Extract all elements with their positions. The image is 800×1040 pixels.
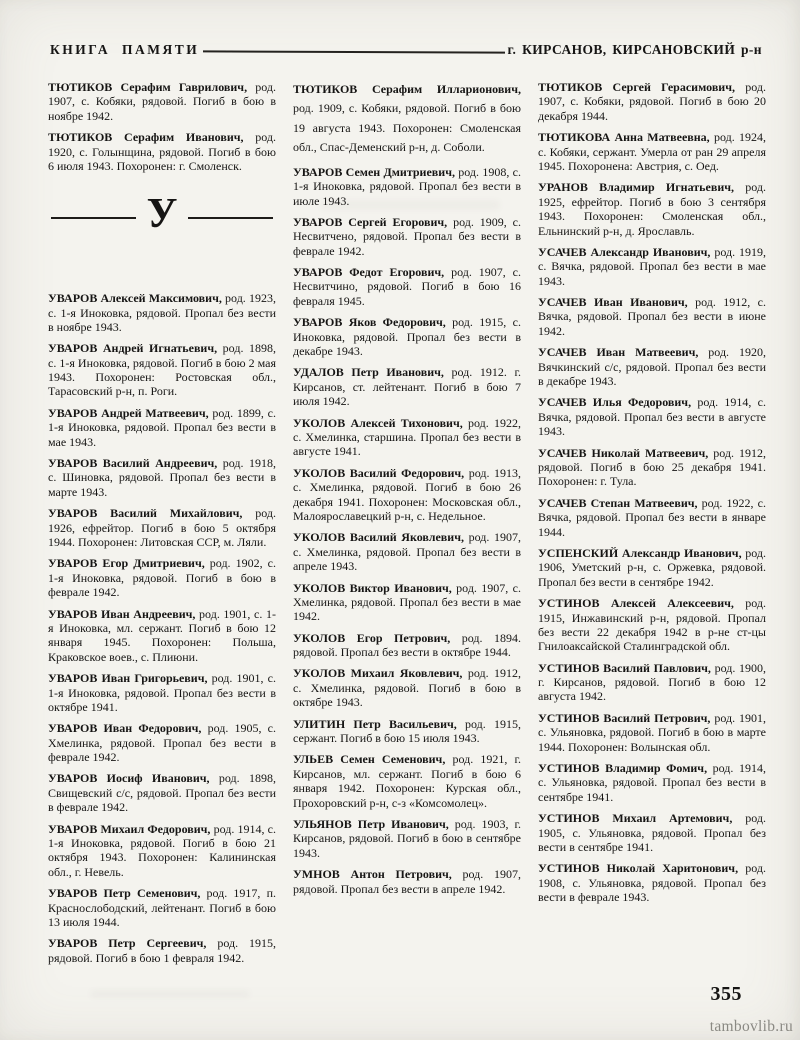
memorial-entry: УВАРОВ Василий Михайлович, род. 1926, еф… [48,506,276,549]
memorial-entry: УКОЛОВ Алексей Тихонович, род. 1922, с. … [293,416,521,459]
entry-name: УСТИНОВ Василий Петрович, [538,711,710,725]
entry-name: УСАЧЕВ Александр Иванович, [538,245,710,259]
entry-name: УКОЛОВ Михаил Яковлевич, [293,666,462,680]
memorial-entry: УКОЛОВ Виктор Иванович, род. 1907, с. Хм… [293,581,521,624]
entry-name: УВАРОВ Сергей Егорович, [293,215,447,229]
memorial-entry: УВАРОВ Иван Григорьевич, род. 1901, с. 1… [48,671,276,714]
memorial-entry: УСТИНОВ Алексей Алексеевич, род. 1915, И… [538,596,766,654]
memorial-entry: УСТИНОВ Николай Харитонович, род. 1908, … [538,861,766,904]
entry-name: УЛИТИН Петр Васильевич, [293,717,457,731]
memorial-entry: УСТИНОВ Михаил Артемович, род. 1905, с. … [538,811,766,854]
memorial-entry: ТЮТИКОВ Сергей Герасимович, род. 1907, с… [538,80,766,123]
memorial-entry: УЛЬЯНОВ Петр Иванович, род. 1903, г. Кир… [293,817,521,860]
memorial-entry: УВАРОВ Петр Семенович, род. 1917, п. Кра… [48,886,276,929]
memorial-entry: УДАЛОВ Петр Иванович, род. 1912. г. Кирс… [293,365,521,408]
memorial-entry: УКОЛОВ Михаил Яковлевич, род. 1912, с. Х… [293,666,521,709]
memorial-entry: УСАЧЕВ Степан Матвеевич, род. 1922, с. В… [538,496,766,539]
entry-name: УВАРОВ Алексей Максимович, [48,291,222,305]
entry-name: УРАНОВ Владимир Игнатьевич, [538,180,734,194]
book-title: КНИГА ПАМЯТИ [50,42,199,58]
entry-name: УСПЕНСКИЙ Александр Иванович, [538,546,742,560]
memorial-entry: УРАНОВ Владимир Игнатьевич, род. 1925, е… [538,180,766,238]
divider-rule [188,217,273,219]
entry-name: УКОЛОВ Алексей Тихонович, [293,416,463,430]
entry-name: УВАРОВ Василий Михайлович, [48,506,242,520]
memorial-entry: УСАЧЕВ Илья Федорович, род. 1914, с. Вяч… [538,395,766,438]
entry-name: УВАРОВ Михаил Федорович, [48,822,210,836]
entry-name: УСТИНОВ Василий Павлович, [538,661,711,675]
memorial-entry: УВАРОВ Иван Федорович, род. 1905, с. Хме… [48,721,276,764]
entry-name: ТЮТИКОВ Серафим Иванович, [48,130,244,144]
memorial-entry: УВАРОВ Василий Андреевич, род. 1918, с. … [48,456,276,499]
entry-name: УВАРОВ Иван Федорович, [48,721,201,735]
memorial-entry: УВАРОВ Петр Сергеевич, род. 1915, рядово… [48,936,276,965]
memorial-entry: УЛЬЕВ Семен Семенович, род. 1921, г. Кир… [293,752,521,810]
header-rule [203,50,505,53]
memorial-entry: УВАРОВ Иосиф Иванович, род. 1898, Свищев… [48,771,276,814]
divider-rule [51,217,136,219]
book-page: КНИГА ПАМЯТИ г. КИРСАНОВ, КИРСАНОВСКИЙ р… [0,0,800,1040]
entry-name: ТЮТИКОВА Анна Матвеевна, [538,130,710,144]
entry-name: УСАЧЕВ Николай Матвеевич, [538,446,708,460]
entry-name: УСТИНОВ Владимир Фомич, [538,761,707,775]
memorial-entry: УВАРОВ Иван Андреевич, род. 1901, с. 1-я… [48,607,276,665]
memorial-entry: УВАРОВ Андрей Матвеевич, род. 1899, с. 1… [48,406,276,449]
entry-name: УСТИНОВ Михаил Артемович, [538,811,732,825]
entry-name: УВАРОВ Иосиф Иванович, [48,771,210,785]
page-header: КНИГА ПАМЯТИ г. КИРСАНОВ, КИРСАНОВСКИЙ р… [50,42,762,58]
memorial-entry: УВАРОВ Егор Дмитриевич, род. 1902, с. 1-… [48,556,276,599]
memorial-entry: УСПЕНСКИЙ Александр Иванович, род. 1906,… [538,546,766,589]
entry-name: ТЮТИКОВ Сергей Герасимович, [538,80,735,94]
entry-name: УМНОВ Антон Петрович, [293,867,452,881]
entry-name: УКОЛОВ Василий Яковлевич, [293,530,464,544]
entry-name: УВАРОВ Яков Федорович, [293,315,446,329]
memorial-entry: ТЮТИКОВ Серафим Иванович, род. 1920, с. … [48,130,276,173]
scan-smudge [90,990,250,998]
memorial-entry: УСАЧЕВ Александр Иванович, род. 1919, с.… [538,245,766,288]
memorial-entry: УСТИНОВ Владимир Фомич, род. 1914, с. Ул… [538,761,766,804]
entry-name: УСАЧЕВ Иван Матвеевич, [538,345,698,359]
entry-name: УКОЛОВ Виктор Иванович, [293,581,452,595]
column-1: ТЮТИКОВ Серафим Гаврилович, род. 1907, с… [48,80,276,972]
page-number: 355 [711,983,743,1006]
entry-name: УВАРОВ Семен Дмитриевич, [293,165,455,179]
memorial-entry: УКОЛОВ Василий Яковлевич, род. 1907, с. … [293,530,521,573]
memorial-entry: УКОЛОВ Егор Петрович, род. 1894. рядовой… [293,631,521,660]
memorial-entry: ТЮТИКОВ Серафим Илларионович, род. 1909,… [293,80,521,158]
column-3: ТЮТИКОВ Сергей Герасимович, род. 1907, с… [538,80,766,972]
entry-name: УДАЛОВ Петр Иванович, [293,365,444,379]
entry-name: УВАРОВ Егор Дмитриевич, [48,556,205,570]
memorial-entry: УВАРОВ Алексей Максимович, род. 1923, с.… [48,291,276,334]
memorial-entry: УСАЧЕВ Иван Матвеевич, род. 1920, Вячкин… [538,345,766,388]
memorial-entry: УВАРОВ Сергей Егорович, род. 1909, с. Не… [293,215,521,258]
entry-name: УСАЧЕВ Степан Матвеевич, [538,496,698,510]
entry-name: УВАРОВ Иван Григорьевич, [48,671,207,685]
section-letter: У [147,196,178,234]
entry-name: УВАРОВ Федот Егорович, [293,265,444,279]
entry-name: УСТИНОВ Николай Харитонович, [538,861,738,875]
entry-name: УКОЛОВ Василий Федорович, [293,466,464,480]
memorial-entry: УСТИНОВ Василий Павлович, род. 1900, г. … [538,661,766,704]
entry-name: УСАЧЕВ Илья Федорович, [538,395,691,409]
entry-name: УВАРОВ Андрей Матвеевич, [48,406,209,420]
memorial-entry: УСАЧЕВ Иван Иванович, род. 1912, с. Вячк… [538,295,766,338]
memorial-entry: УСТИНОВ Василий Петрович, род. 1901, с. … [538,711,766,754]
memorial-entry: УМНОВ Антон Петрович, род. 1907, рядовой… [293,867,521,896]
entry-name: УВАРОВ Петр Семенович, [48,886,200,900]
memorial-entry: УВАРОВ Андрей Игнатьевич, род. 1898, с. … [48,341,276,399]
memorial-entry: УВАРОВ Семен Дмитриевич, род. 1908, с. 1… [293,165,521,208]
memorial-entry: УКОЛОВ Василий Федорович, род. 1913, с. … [293,466,521,524]
entry-name: УСТИНОВ Алексей Алексеевич, [538,596,734,610]
entry-name: УВАРОВ Андрей Игнатьевич, [48,341,217,355]
entry-name: УВАРОВ Петр Сергеевич, [48,936,206,950]
entry-name: УВАРОВ Иван Андреевич, [48,607,195,621]
entry-name: УЛЬЯНОВ Петр Иванович, [293,817,449,831]
memorial-entry: УЛИТИН Петр Васильевич, род. 1915, сержа… [293,717,521,746]
entry-name: УВАРОВ Василий Андреевич, [48,456,217,470]
entry-name: ТЮТИКОВ Серафим Илларионович, [293,82,521,96]
memorial-entry: УВАРОВ Михаил Федорович, род. 1914, с. 1… [48,822,276,880]
entry-name: УКОЛОВ Егор Петрович, [293,631,450,645]
entry-name: УСАЧЕВ Иван Иванович, [538,295,688,309]
entry-name: ТЮТИКОВ Серафим Гаврилович, [48,80,247,94]
memorial-entry: ТЮТИКОВ Серафим Гаврилович, род. 1907, с… [48,80,276,123]
district-title: г. КИРСАНОВ, КИРСАНОВСКИЙ р-н [508,42,762,58]
section-divider: У [51,199,273,237]
text-columns: ТЮТИКОВ Серафим Гаврилович, род. 1907, с… [48,80,766,972]
entry-name: УЛЬЕВ Семен Семенович, [293,752,445,766]
watermark: tambovlib.ru [710,1018,793,1036]
memorial-entry: ТЮТИКОВА Анна Матвеевна, род. 1924, с. К… [538,130,766,173]
memorial-entry: УВАРОВ Федот Егорович, род. 1907, с. Нес… [293,265,521,308]
column-2: ТЮТИКОВ Серафим Илларионович, род. 1909,… [293,80,521,972]
memorial-entry: УСАЧЕВ Николай Матвеевич, род. 1912, ряд… [538,446,766,489]
memorial-entry: УВАРОВ Яков Федорович, род. 1915, с. Ино… [293,315,521,358]
